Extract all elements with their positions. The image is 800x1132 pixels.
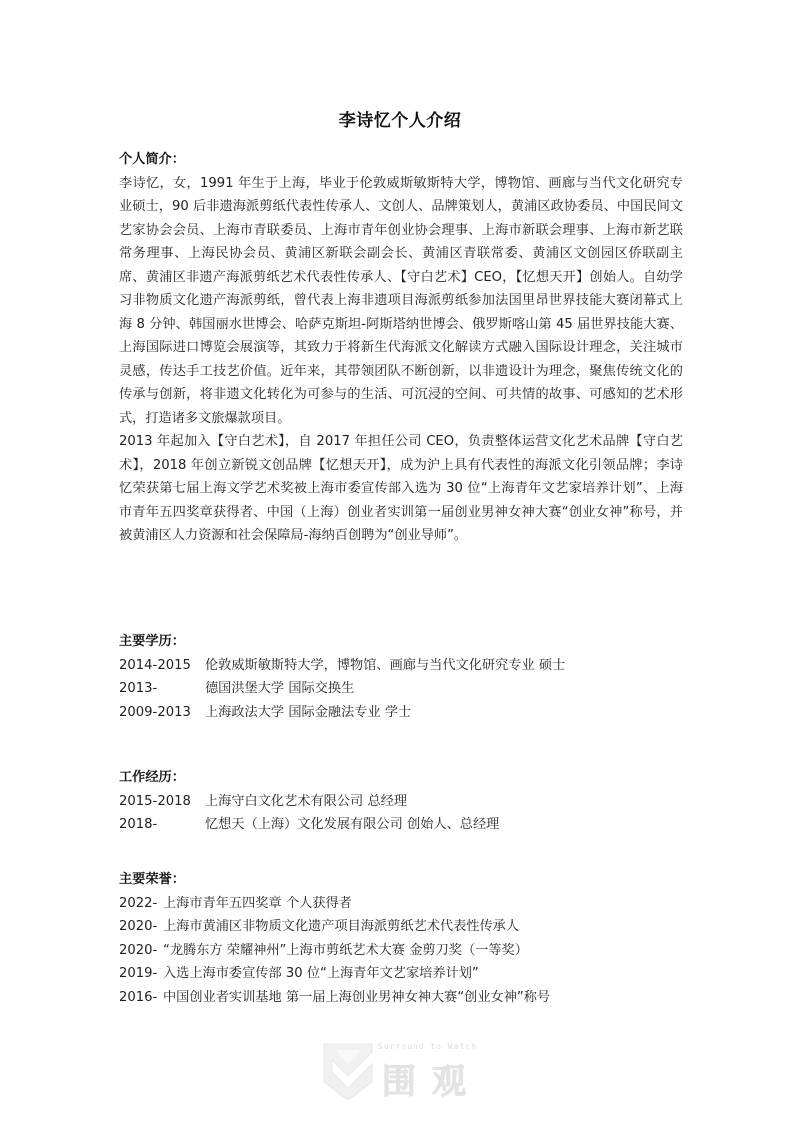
watermark-chars: 围观 <box>382 1054 482 1103</box>
section-honors: 主要荣誉： 2022- 上海市青年五四奖章 个人获得者 2020- 上海市黄浦区… <box>119 868 683 1009</box>
document-page: 李诗忆个人介绍 个人简介： 李诗忆，女，1991 年生于上海，毕业于伦敦威斯敏斯… <box>0 0 800 1132</box>
education-item: 2013- 德国洪堡大学 国际交换生 <box>119 677 683 701</box>
education-years: 2013- <box>119 677 205 701</box>
education-years: 2009-2013 <box>119 701 205 725</box>
section-heading-honors: 主要荣誉： <box>119 868 683 892</box>
education-detail: 伦敦威斯敏斯特大学，博物馆、画廊与当代文化研究专业 硕士 <box>205 654 565 678</box>
honor-year: 2016- <box>119 986 163 1010</box>
education-item: 2009-2013 上海政法大学 国际金融法专业 学士 <box>119 701 683 725</box>
honor-detail: 入选上海市委宣传部 30 位“上海青年文艺家培养计划” <box>163 962 479 986</box>
honor-detail: 中国创业者实训基地 第一届上海创业男神女神大赛“创业女神”称号 <box>163 986 550 1010</box>
honor-detail: 上海市青年五四奖章 个人获得者 <box>163 892 352 916</box>
honor-item: 2019- 入选上海市委宣传部 30 位“上海青年文艺家培养计划” <box>119 962 683 986</box>
education-detail: 上海政法大学 国际金融法专业 学士 <box>205 701 411 725</box>
watermark: Surround to Watch 围观 <box>322 1040 492 1104</box>
honor-item: 2022- 上海市青年五四奖章 个人获得者 <box>119 892 683 916</box>
work-years: 2015-2018 <box>119 790 205 814</box>
intro-paragraph-1: 李诗忆，女，1991 年生于上海，毕业于伦敦威斯敏斯特大学，博物馆、画廊与当代文… <box>119 172 683 431</box>
section-heading-work: 工作经历： <box>119 766 683 790</box>
education-detail: 德国洪堡大学 国际交换生 <box>205 677 354 701</box>
work-item: 2015-2018 上海守白文化艺术有限公司 总经理 <box>119 790 683 814</box>
education-years: 2014-2015 <box>119 654 205 678</box>
shield-logo-icon <box>322 1042 374 1102</box>
education-item: 2014-2015 伦敦威斯敏斯特大学，博物馆、画廊与当代文化研究专业 硕士 <box>119 654 683 678</box>
work-years: 2018- <box>119 813 205 837</box>
page-title: 李诗忆个人介绍 <box>0 106 800 131</box>
work-item: 2018- 忆想天（上海）文化发展有限公司 创始人、总经理 <box>119 813 683 837</box>
honor-item: 2016- 中国创业者实训基地 第一届上海创业男神女神大赛“创业女神”称号 <box>119 986 683 1010</box>
section-intro: 个人简介： 李诗忆，女，1991 年生于上海，毕业于伦敦威斯敏斯特大学，博物馆、… <box>119 148 683 548</box>
section-education: 主要学历： 2014-2015 伦敦威斯敏斯特大学，博物馆、画廊与当代文化研究专… <box>119 630 683 724</box>
watermark-tagline: Surround to Watch <box>378 1042 477 1051</box>
honor-item: 2020- 上海市黄浦区非物质文化遗产项目海派剪纸艺术代表性传承人 <box>119 915 683 939</box>
section-heading-education: 主要学历： <box>119 630 683 654</box>
honor-year: 2019- <box>119 962 163 986</box>
honor-year: 2022- <box>119 892 163 916</box>
section-heading-intro: 个人简介： <box>119 148 683 172</box>
honor-item: 2020- “龙腾东方 荣耀神州”上海市剪纸艺术大赛 金剪刀奖（一等奖） <box>119 939 683 963</box>
honor-detail: “龙腾东方 荣耀神州”上海市剪纸艺术大赛 金剪刀奖（一等奖） <box>163 939 528 963</box>
intro-paragraph-2: 2013 年起加入【守白艺术】，自 2017 年担任公司 CEO，负责整体运营文… <box>119 430 683 548</box>
honor-year: 2020- <box>119 939 163 963</box>
work-detail: 忆想天（上海）文化发展有限公司 创始人、总经理 <box>205 813 499 837</box>
work-detail: 上海守白文化艺术有限公司 总经理 <box>205 790 407 814</box>
honor-detail: 上海市黄浦区非物质文化遗产项目海派剪纸艺术代表性传承人 <box>163 915 519 939</box>
honor-year: 2020- <box>119 915 163 939</box>
section-work: 工作经历： 2015-2018 上海守白文化艺术有限公司 总经理 2018- 忆… <box>119 766 683 837</box>
